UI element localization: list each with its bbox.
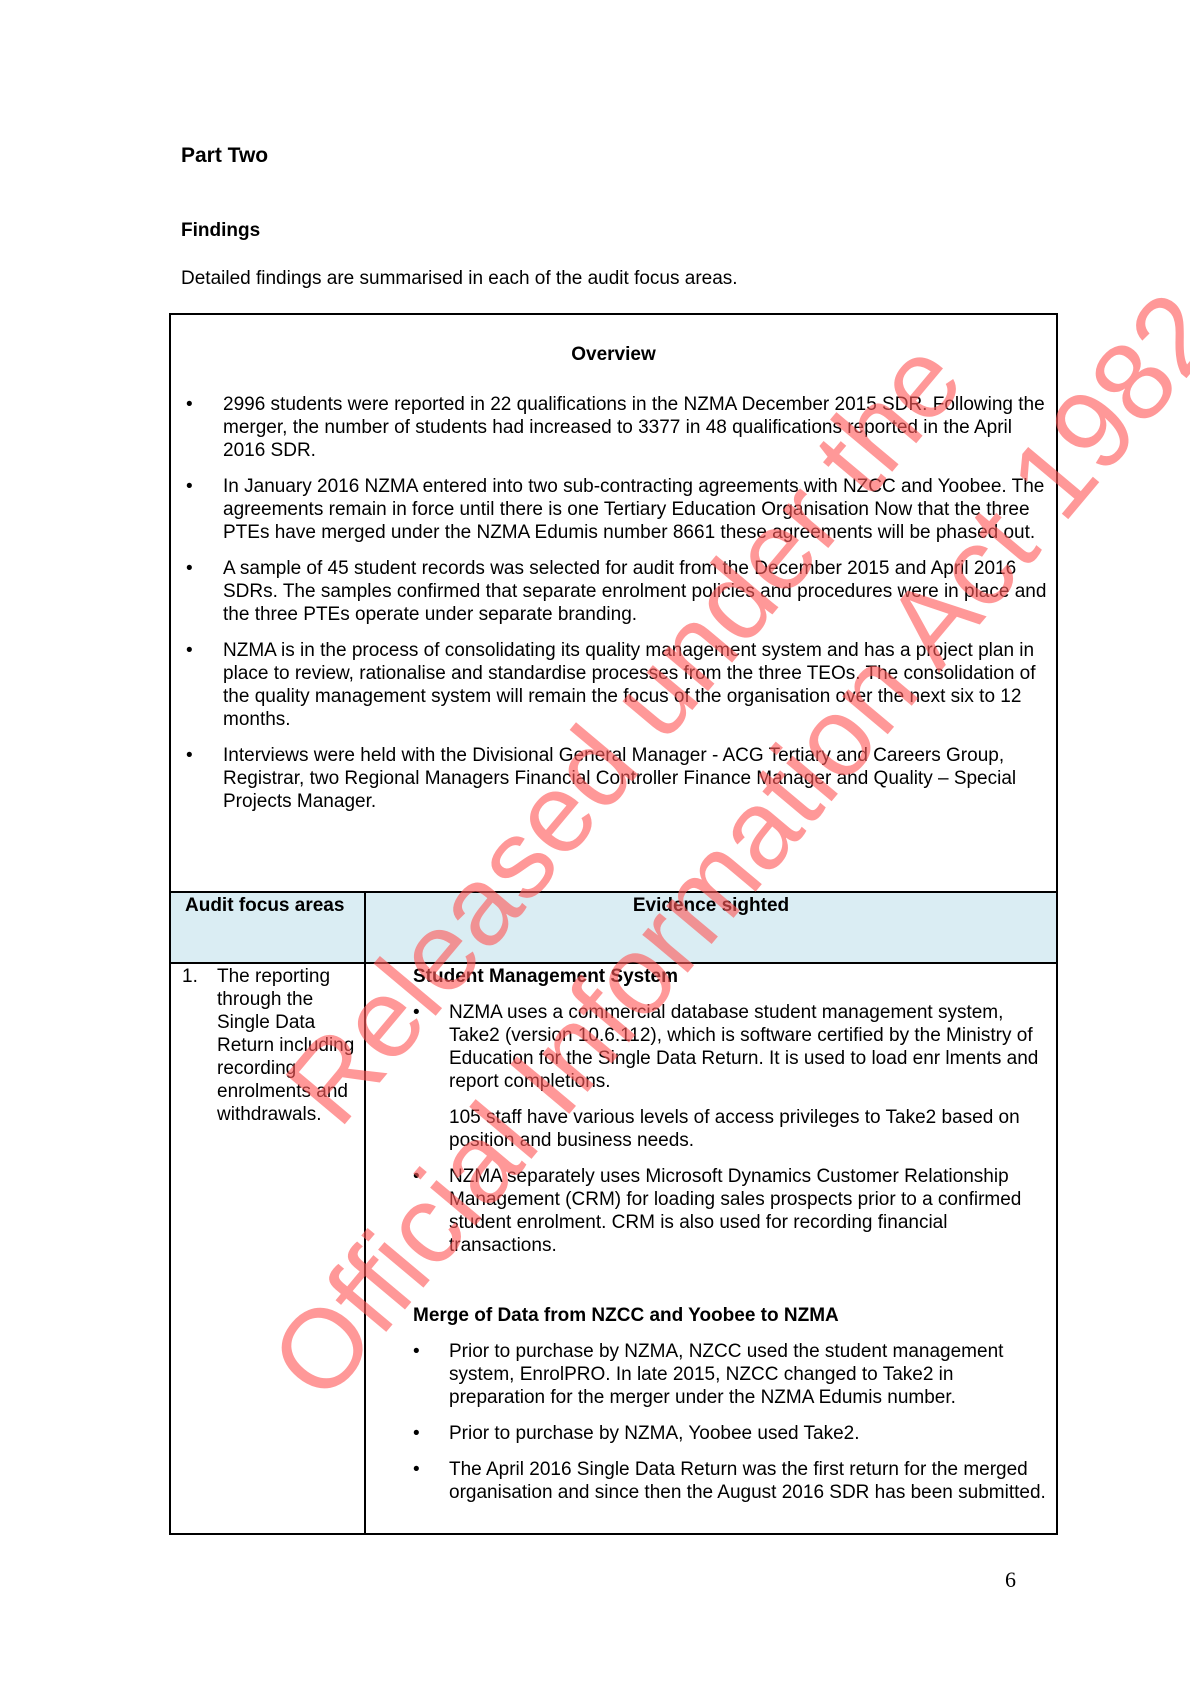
bullet-icon: •: [413, 1165, 420, 1188]
overview-list: •2996 students were reported in 22 quali…: [171, 393, 1056, 813]
evidence-item: •The April 2016 Single Data Return was t…: [413, 1458, 1056, 1504]
focus-text: The reporting through the Single Data Re…: [217, 965, 357, 1126]
part-title: Part Two: [181, 144, 268, 168]
evidence-cell: Student Management System •NZMA uses a c…: [366, 964, 1056, 1533]
table-header-row: Audit focus areas Evidence sighted: [171, 893, 1056, 964]
bullet-icon: •: [186, 639, 193, 662]
header-audit-focus-areas: Audit focus areas: [171, 893, 366, 962]
overview-item: •A sample of 45 student records was sele…: [171, 557, 1056, 626]
evidence-item: •Prior to purchase by NZMA, NZCC used th…: [413, 1340, 1056, 1409]
overview-item: •NZMA is in the process of consolidating…: [171, 639, 1056, 731]
focus-number: 1.: [182, 965, 198, 988]
document-page: Part Two Findings Detailed findings are …: [0, 0, 1190, 1684]
overview-title: Overview: [171, 315, 1056, 366]
overview-item: •Interviews were held with the Divisiona…: [171, 744, 1056, 813]
bullet-icon: •: [413, 1422, 420, 1445]
page-number: 6: [1005, 1567, 1016, 1593]
overview-item: •2996 students were reported in 22 quali…: [171, 393, 1056, 462]
bullet-icon: •: [413, 1001, 420, 1024]
evidence-item: •Prior to purchase by NZMA, Yoobee used …: [413, 1422, 1056, 1445]
evidence-item: •NZMA separately uses Microsoft Dynamics…: [413, 1165, 1056, 1257]
focus-area-cell: 1. The reporting through the Single Data…: [171, 964, 366, 1533]
evidence-item: •NZMA uses a commercial database student…: [413, 1001, 1056, 1093]
bullet-icon: •: [413, 1458, 420, 1481]
bullet-icon: •: [186, 393, 193, 416]
bullet-icon: •: [186, 744, 193, 767]
evidence-heading: Student Management System: [413, 965, 1056, 988]
section-title: Findings: [181, 220, 260, 242]
findings-table: Overview •2996 students were reported in…: [169, 313, 1058, 1535]
bullet-icon: •: [186, 475, 193, 498]
evidence-list: •Prior to purchase by NZMA, NZCC used th…: [413, 1340, 1056, 1504]
bullet-icon: •: [186, 557, 193, 580]
header-evidence-sighted: Evidence sighted: [366, 893, 1056, 962]
bullet-icon: •: [413, 1340, 420, 1363]
evidence-heading: Merge of Data from NZCC and Yoobee to NZ…: [413, 1304, 1056, 1327]
overview-item: •In January 2016 NZMA entered into two s…: [171, 475, 1056, 544]
overview-section: Overview •2996 students were reported in…: [171, 315, 1056, 893]
evidence-list: •NZMA uses a commercial database student…: [413, 1001, 1056, 1257]
evidence-item: 105 staff have various levels of access …: [413, 1106, 1056, 1152]
intro-paragraph: Detailed findings are summarised in each…: [181, 268, 738, 290]
spacer: [413, 1270, 1056, 1304]
table-row: 1. The reporting through the Single Data…: [171, 964, 1056, 1533]
